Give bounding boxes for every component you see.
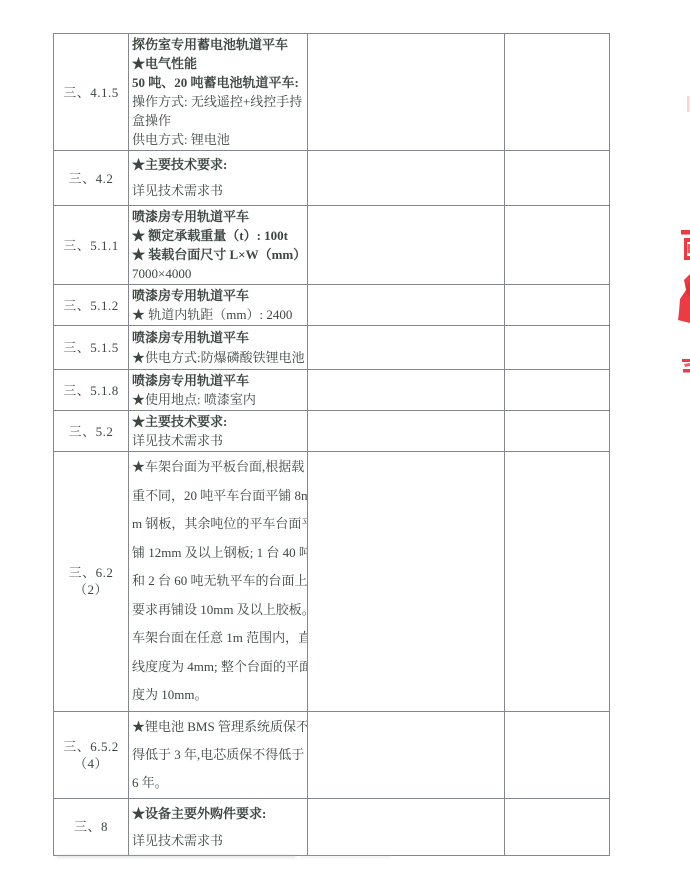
row-response-cell [308, 206, 505, 285]
row-id-cell: 三、5.1.1 [54, 206, 129, 285]
row-response-cell [308, 326, 505, 370]
requirement-text-line: 和 2 台 60 吨无轨平车的台面上 [132, 567, 306, 596]
row-requirement-cell: 喷漆房专用轨道平车★ 轨道内轨距（mm）: 2400 [129, 285, 308, 326]
table-row: 三、5.1.1喷漆房专用轨道平车★ 额定承载重量（t）: 100t★ 装载台面尺… [54, 206, 610, 285]
row-id-cell: 三、5.1.5 [54, 326, 129, 370]
row-id-text: 三、5.1.1 [55, 237, 127, 254]
requirement-text-line: 探伤室专用蓄电池轨道平车 [132, 35, 306, 54]
requirement-text-line: 盒操作 [132, 111, 306, 130]
row-remark-cell [505, 151, 610, 206]
table-row: 三、5.1.5喷漆房专用轨道平车★供电方式:防爆磷酸铁锂电池 [54, 326, 610, 370]
row-id-cell: 三、5.2 [54, 411, 129, 452]
requirement-text-line: 喷漆房专用轨道平车 [132, 371, 306, 390]
requirement-text-line: 6 年。 [132, 769, 306, 797]
requirement-text-line: ★ 装载台面尺寸 L×W（mm）: [132, 245, 306, 264]
red-stamp-fragment-strokes [681, 356, 690, 376]
row-requirement-cell: 喷漆房专用轨道平车★使用地点: 喷漆室内 [129, 370, 308, 411]
row-response-cell [308, 151, 505, 206]
row-response-cell [308, 285, 505, 326]
requirement-text-line: ★供电方式:防爆磷酸铁锂电池 [132, 348, 306, 368]
requirement-text-line: 供电方式: 锂电池 [132, 130, 306, 149]
requirement-text-line: 操作方式: 无线遥控+线控手持 [132, 92, 306, 111]
row-response-cell [308, 452, 505, 712]
table-row: 三、5.2★主要技术要求:详见技术需求书 [54, 411, 610, 452]
row-requirement-cell: ★主要技术要求:详见技术需求书 [129, 151, 308, 206]
requirement-text-line: 喷漆房专用轨道平车 [132, 286, 306, 305]
table-row: 三、6.2（2）★车架台面为平板台面,根据载重不同，20 吨平车台面平铺 8mm… [54, 452, 610, 712]
row-response-cell [308, 370, 505, 411]
row-id-text: （4） [55, 755, 127, 772]
requirement-text-line: m 钢板，其余吨位的平车台面平 [132, 510, 306, 539]
scan-smudge-small [300, 856, 390, 858]
requirement-text-line: 重不同，20 吨平车台面平铺 8m [132, 482, 306, 511]
scan-smudge [56, 855, 296, 858]
requirement-text-line: 线度度为 4mm; 整个台面的平面 [132, 653, 306, 682]
requirement-text-line: 7000×4000 [132, 264, 306, 283]
row-remark-cell [505, 370, 610, 411]
row-remark-cell [505, 34, 610, 151]
red-stamp-fragment-blob [677, 274, 690, 323]
row-id-text: 三、4.2 [55, 170, 127, 187]
row-requirement-cell: ★锂电池 BMS 管理系统质保不得低于 3 年,电芯质保不得低于6 年。 [129, 711, 308, 798]
row-response-cell [308, 411, 505, 452]
table-row: 三、5.1.2喷漆房专用轨道平车★ 轨道内轨距（mm）: 2400 [54, 285, 610, 326]
requirement-text-line: ★设备主要外购件要求: [132, 800, 306, 827]
requirement-text-line: 要求再铺设 10mm 及以上胶板。 [132, 596, 306, 625]
row-id-text: 三、5.2 [55, 423, 127, 440]
row-remark-cell [505, 206, 610, 285]
requirement-text-line: ★主要技术要求: [132, 152, 306, 178]
requirement-text-line: ★ 轨道内轨距（mm）: 2400 [132, 305, 306, 324]
row-id-text: 三、5.1.2 [55, 297, 127, 314]
table-row: 三、4.1.5探伤室专用蓄电池轨道平车★电气性能50 吨、20 吨蓄电池轨道平车… [54, 34, 610, 151]
requirement-text-line: 铺 12mm 及以上钢板; 1 台 40 吨 [132, 539, 306, 568]
row-id-text: 三、6.5.2 [55, 738, 127, 755]
row-requirement-cell: ★设备主要外购件要求:详见技术需求书 [129, 798, 308, 855]
row-remark-cell [505, 711, 610, 798]
row-remark-cell [505, 798, 610, 855]
row-remark-cell [505, 411, 610, 452]
row-requirement-cell: 探伤室专用蓄电池轨道平车★电气性能50 吨、20 吨蓄电池轨道平车:操作方式: … [129, 34, 308, 151]
table-row: 三、5.1.8喷漆房专用轨道平车★使用地点: 喷漆室内 [54, 370, 610, 411]
row-id-cell: 三、5.1.8 [54, 370, 129, 411]
row-id-cell: 三、4.1.5 [54, 34, 129, 151]
requirement-text-line: 度为 10mm。 [132, 681, 306, 710]
row-remark-cell [505, 326, 610, 370]
row-id-text: 三、5.1.5 [55, 339, 127, 356]
row-requirement-cell: ★车架台面为平板台面,根据载重不同，20 吨平车台面平铺 8mm 钢板，其余吨位… [129, 452, 308, 712]
requirements-table: 三、4.1.5探伤室专用蓄电池轨道平车★电气性能50 吨、20 吨蓄电池轨道平车… [53, 33, 610, 856]
row-id-cell: 三、8 [54, 798, 129, 855]
row-response-cell [308, 711, 505, 798]
row-requirement-cell: 喷漆房专用轨道平车★供电方式:防爆磷酸铁锂电池 [129, 326, 308, 370]
red-stamp-fragment-bracket [679, 228, 690, 264]
requirement-text-line: 车架台面在任意 1m 范围内，直 [132, 624, 306, 653]
requirement-text-line: 详见技术需求书 [132, 431, 306, 450]
table-row: 三、6.5.2（4）★锂电池 BMS 管理系统质保不得低于 3 年,电芯质保不得… [54, 711, 610, 798]
row-id-text: 三、8 [55, 818, 127, 835]
requirement-text-line: 得低于 3 年,电芯质保不得低于 [132, 741, 306, 769]
row-requirement-cell: 喷漆房专用轨道平车★ 额定承载重量（t）: 100t★ 装载台面尺寸 L×W（m… [129, 206, 308, 285]
requirement-text-line: 喷漆房专用轨道平车 [132, 328, 306, 348]
row-response-cell [308, 34, 505, 151]
requirement-text-line: ★使用地点: 喷漆室内 [132, 390, 306, 409]
requirement-text-line: ★锂电池 BMS 管理系统质保不 [132, 713, 306, 741]
row-response-cell [308, 798, 505, 855]
row-id-text: 三、6.2（2） [55, 564, 127, 598]
red-stamp-fragment-faint-dash [684, 94, 690, 114]
row-id-text: 三、5.1.8 [55, 382, 127, 399]
requirement-text-line: 喷漆房专用轨道平车 [132, 207, 306, 226]
row-id-cell: 三、6.2（2） [54, 452, 129, 712]
row-id-text: 三、4.1.5 [55, 84, 127, 101]
row-id-cell: 三、5.1.2 [54, 285, 129, 326]
requirement-text-line: ★电气性能 [132, 54, 306, 73]
table-row: 三、8★设备主要外购件要求:详见技术需求书 [54, 798, 610, 855]
table-body: 三、4.1.5探伤室专用蓄电池轨道平车★电气性能50 吨、20 吨蓄电池轨道平车… [54, 34, 610, 856]
requirement-text-line: 50 吨、20 吨蓄电池轨道平车: [132, 73, 306, 92]
document-page: 三、4.1.5探伤室专用蓄电池轨道平车★电气性能50 吨、20 吨蓄电池轨道平车… [0, 0, 690, 876]
requirement-text-line: ★ 额定承载重量（t）: 100t [132, 226, 306, 245]
row-remark-cell [505, 285, 610, 326]
requirement-text-line: 详见技术需求书 [132, 178, 306, 204]
requirement-text-line: ★主要技术要求: [132, 412, 306, 431]
row-id-cell: 三、6.5.2（4） [54, 711, 129, 798]
requirement-text-line: 详见技术需求书 [132, 827, 306, 854]
table-row: 三、4.2★主要技术要求:详见技术需求书 [54, 151, 610, 206]
requirement-text-line: ★车架台面为平板台面,根据载 [132, 453, 306, 482]
row-remark-cell [505, 452, 610, 712]
row-id-cell: 三、4.2 [54, 151, 129, 206]
row-requirement-cell: ★主要技术要求:详见技术需求书 [129, 411, 308, 452]
